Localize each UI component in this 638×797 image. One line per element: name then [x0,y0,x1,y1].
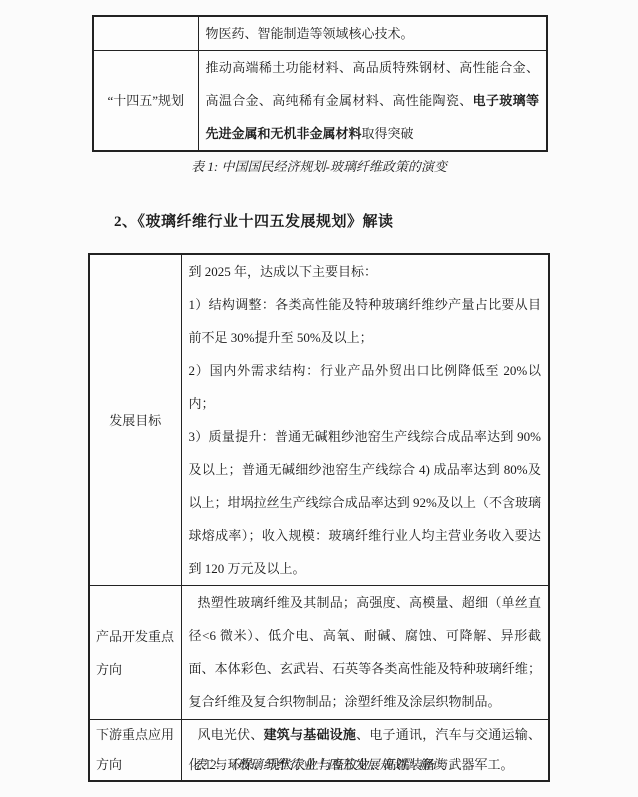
row-header-cell: 产品开发重点方向 [89,586,181,720]
row-content-cell: 物医药、智能制造等领域核心技术。 [198,16,547,51]
table-row: 物医药、智能制造等领域核心技术。 [93,16,547,51]
table-row: 产品开发重点方向 热塑性玻璃纤维及其制品；高强度、高模量、超细（单丝直径<6 微… [89,586,549,720]
cell-paragraph: 热塑性玻璃纤维及其制品；高强度、高模量、超细（单丝直径<6 微米）、低介电、高氧… [189,586,542,718]
cell-paragraph: 1）结构调整：各类高性能及特种玻璃纤维纱产量占比要从目前不足 30%提升至 50… [189,288,542,354]
row-content-cell: 到 2025 年，达成以下主要目标： 1）结构调整：各类高性能及特种玻璃纤维纱产… [181,254,549,586]
row-header-cell: “十四五”规划 [93,51,198,152]
text-run: 取得突破 [362,126,414,141]
policy-evolution-table: 物医药、智能制造等领域核心技术。 “十四五”规划 推动高端稀土功能材料、高品质特… [92,15,548,152]
cell-paragraph: 2）国内外需求结构：行业产品外贸出口比例降低至 20%以内； [189,354,542,420]
table-row: 发展目标 到 2025 年，达成以下主要目标： 1）结构调整：各类高性能及特种玻… [89,254,549,586]
row-header-cell: 发展目标 [89,254,181,586]
cell-paragraph: 推动高端稀土功能材料、高品质特殊钢材、高性能合金、高温合金、高纯稀有金属材料、高… [206,51,540,150]
cell-paragraph: 3）质量提升：普通无碱粗纱池窑生产线综合成品率达到 90%及以上；普通无碱细纱池… [189,420,542,585]
row-header-cell [93,16,198,51]
section-heading: 2、《玻璃纤维行业十四五发展规划》解读 [114,210,394,231]
table2-caption: 表 2: 《玻璃纤维行业十四五发展规划》解读 [0,754,638,773]
text-run-bold: 建筑与基础设施 [264,727,357,742]
cell-paragraph: 到 2025 年，达成以下主要目标： [189,255,542,288]
row-content-cell: 推动高端稀土功能材料、高品质特殊钢材、高性能合金、高温合金、高纯稀有金属材料、高… [198,51,547,152]
row-content-cell: 热塑性玻璃纤维及其制品；高强度、高模量、超细（单丝直径<6 微米）、低介电、高氧… [181,586,549,720]
text-run: 风电光伏、 [198,727,264,742]
table1-caption: 表 1: 中国国民经济规划-玻璃纤维政策的演变 [0,156,638,175]
cell-paragraph: 物医药、智能制造等领域核心技术。 [206,17,540,50]
plan-interpretation-table: 发展目标 到 2025 年，达成以下主要目标： 1）结构调整：各类高性能及特种玻… [88,253,550,782]
text-run: 物医药、智能制造等领域核心技术。 [206,26,414,41]
table-row: “十四五”规划 推动高端稀土功能材料、高品质特殊钢材、高性能合金、高温合金、高纯… [93,51,547,152]
